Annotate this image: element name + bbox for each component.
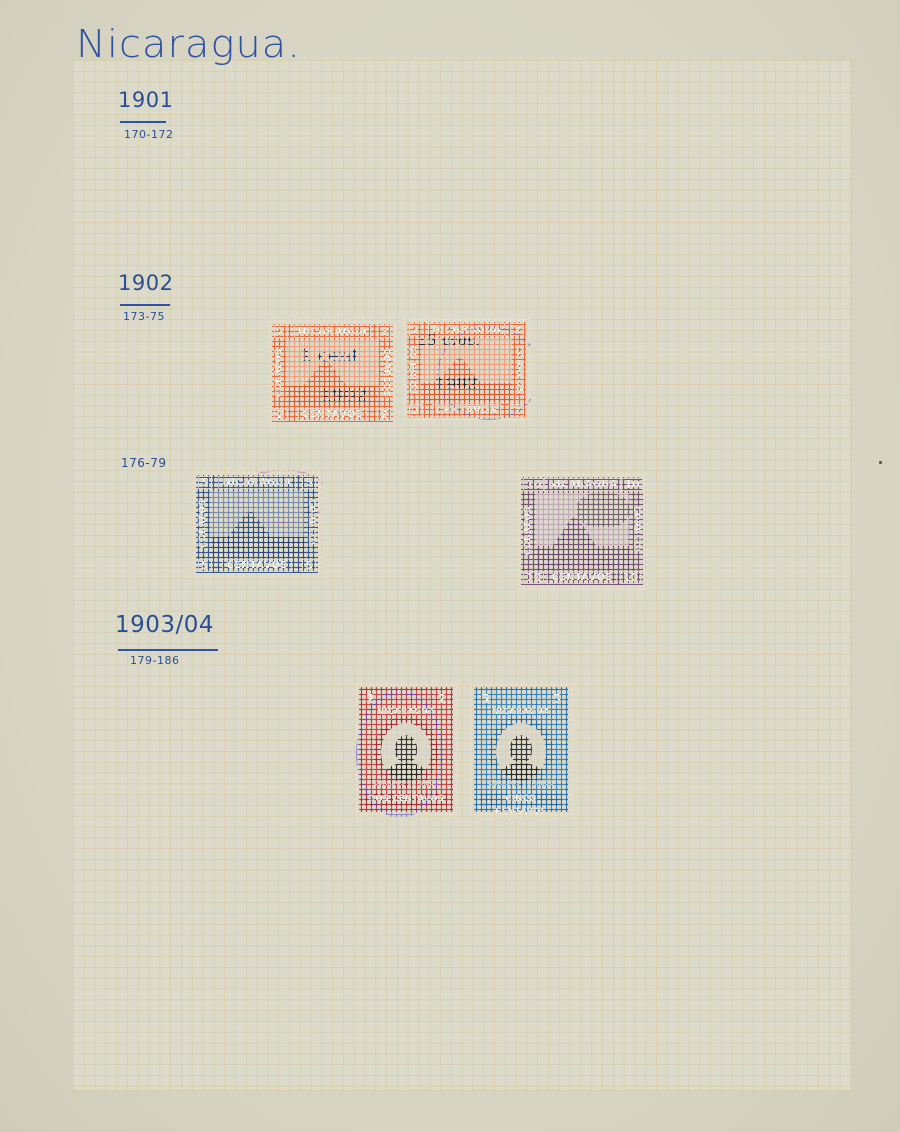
catalog-range-176-79: 176-79 [121, 456, 167, 470]
stamp-denomination: CINCO CENTAVOS [480, 793, 562, 806]
volcano-vignette [535, 493, 629, 569]
page-title: Nicaragua. [76, 22, 301, 66]
stamp-country: NICARAGUA [544, 478, 621, 491]
stamp-value: 10 [523, 571, 544, 584]
section-year-1901: 1901 [118, 88, 173, 112]
stamp-country: NICARAGUA [477, 707, 565, 716]
stamp-denomination: CENTAVOS [298, 408, 367, 421]
stamp-value: 2 [438, 692, 446, 706]
catalog-range-1901: 170-172 [124, 128, 173, 141]
stamp-value: 2 [274, 408, 288, 421]
overprint-year: 1902 [320, 386, 367, 406]
stamp-1902-1cent-overprint[interactable]: 2NICARAGUA2 CORREOS CORREOS 2CENTAVOS2 1… [267, 319, 398, 427]
stamp-value: 5 [553, 692, 561, 706]
stamp-value: 5 [198, 559, 212, 572]
stamp-side-text: CORREOS [631, 506, 641, 555]
postmark-cancel [437, 326, 541, 420]
section-year-1902: 1902 [118, 271, 173, 295]
stamp-value: 2 [409, 404, 423, 417]
portrait-oval [489, 716, 553, 788]
stamp-value: 2 [274, 325, 288, 338]
overprint-value: 1 cent. [300, 346, 365, 366]
stamp-value: 10 [620, 571, 641, 584]
stamp-denomination: CENTAVOS [547, 571, 616, 584]
stamp-cinco-centavos-portrait[interactable]: 5 5 NICARAGUA CORREOS CORREOS CINCO CENT… [469, 682, 573, 817]
postmark-cancel [356, 690, 444, 818]
stamp-footer: CORREOS CORREOS [477, 780, 565, 787]
stamp-side-text: CORREOS [381, 348, 391, 397]
stamp-value: 2 [377, 325, 391, 338]
stamp-value: 5 [302, 559, 316, 572]
year-underline [118, 649, 218, 651]
stamp-5-centavos-blue[interactable]: 5NICARAGUA5 CORREOS CORREOS 5CENTAVOS5 [191, 470, 323, 578]
graph-paper-grid [73, 60, 852, 1091]
year-underline [120, 121, 166, 123]
stamp-1902-15cvos-overprint[interactable]: 2NICARAGUA2 CORREOS CORREOS 2CENTAVOS2 1… [402, 317, 531, 423]
paper-speck [879, 461, 882, 464]
stamp-value: 10 [523, 478, 544, 491]
stamp-side-text: CORREOS [523, 506, 533, 555]
stamp-value: 2 [377, 408, 391, 421]
stamp-dos-centavos-portrait[interactable]: 2 2 NICARAGUA CORREOS CORREOS DOS CENTAV… [354, 682, 458, 817]
stamp-side-text: CORREOS [409, 345, 419, 394]
stamp-value: 5 [198, 476, 212, 489]
stamp-value: 10 [621, 478, 642, 491]
year-underline [120, 304, 170, 306]
section-year-1903-04: 1903/04 [115, 612, 214, 638]
catalog-range-1902: 173-75 [123, 310, 165, 323]
stamp-denomination: CENTAVOS [222, 559, 291, 572]
stamp-side-text: CORREOS [198, 499, 208, 548]
stamp-10-centavos-purple[interactable]: 10NICARAGUA10 CORREOS CORREOS 10CENTAVOS… [516, 472, 648, 590]
postmark-cancel [236, 469, 330, 523]
catalog-range-1903-04: 179-186 [130, 654, 179, 667]
stamp-value: 5 [481, 692, 489, 706]
stamp-side-text: CORREOS [274, 348, 284, 397]
stamp-country: NICARAGUA [294, 325, 371, 338]
